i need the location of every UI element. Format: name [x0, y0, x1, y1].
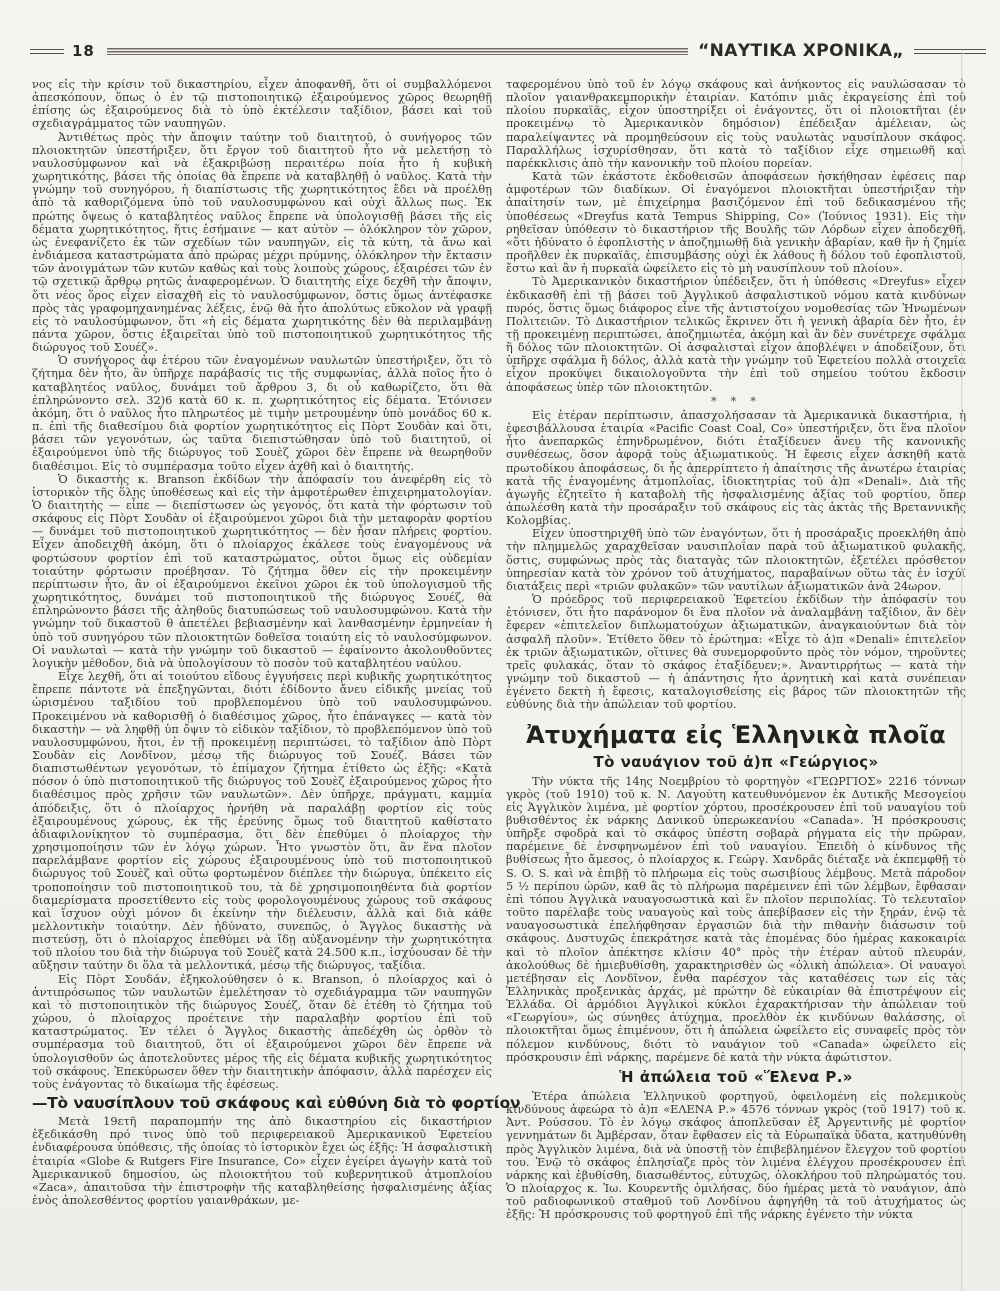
header-rule-right — [914, 49, 986, 54]
paragraph: Ἑτέρα ἀπώλεια Ἑλληνικοῦ φορτηγοῦ, ὀφειλο… — [506, 1090, 966, 1222]
paragraph: Μετὰ 19ετῆ παραπομπήν της ἀπὸ δικαστηρίο… — [32, 1115, 492, 1207]
paragraph: Εἰς ἑτέραν περίπτωσιν, ἀπασχολήσασαν τὰ … — [506, 409, 966, 527]
paragraph: Ἀντιθέτως πρὸς τὴν ἄποψιν ταύτην τοῦ δια… — [32, 131, 492, 355]
right-column: ταφερομένου ὑπὸ τοῦ ἐν λόγῳ σκάφους καὶ … — [506, 78, 966, 1222]
paragraph: Εἶχε λεχθῆ, ὅτι αἱ τοιούτου εἴδους ἐγγυή… — [32, 670, 492, 973]
paragraph: Ὁ δικαστὴς κ. Branson ἐκδίδων τὴν ἀπόφασ… — [32, 473, 492, 670]
section-heading: Ἡ ἀπώλεια τοῦ «Ἕλενα Ρ.» — [506, 1068, 966, 1087]
section-separator: * * * — [506, 395, 966, 408]
left-column: νος εἰς τὴν κρίσιν τοῦ δικαστηρίου, εἶχε… — [32, 78, 492, 1222]
paragraph: Εἶχεν ὑποστηριχθῆ ὑπὸ τῶν ἐναγόντων, ὅτι… — [506, 527, 966, 593]
article-body: νος εἰς τὴν κρίσιν τοῦ δικαστηρίου, εἶχε… — [32, 78, 966, 1222]
header-rule-left — [30, 49, 64, 54]
section-heading: Ἀτυχήματα εἰς Ἑλληνικὰ πλοῖα — [506, 721, 966, 749]
page-header: 18 “ΝΑΥΤΙΚΑ ΧΡΟΝΙΚΑ„ — [30, 40, 986, 62]
magazine-title: “ΝΑΥΤΙΚΑ ΧΡΟΝΙΚΑ„ — [698, 41, 904, 61]
paragraph: Εἰς Πὸρτ Σουδάν, ἐξηκολούθησεν ὁ κ. Bran… — [32, 973, 492, 1091]
paragraph: νος εἰς τὴν κρίσιν τοῦ δικαστηρίου, εἶχε… — [32, 78, 492, 131]
paragraph: Τὴν νύκτα τῆς 14ης Νοεμβρίου τὸ φορτηγὸν… — [506, 775, 966, 1064]
header-rule-center — [107, 48, 688, 55]
paragraph: Τὸ Ἀμερικανικὸν δικαστήριον ὑπέδειξεν, ὅ… — [506, 275, 966, 393]
section-heading: Τὸ ναυάγιον τοῦ ἀ)π «Γεώργιος» — [506, 753, 966, 772]
paragraph: ταφερομένου ὑπὸ τοῦ ἐν λόγῳ σκάφους καὶ … — [506, 78, 966, 170]
page-number: 18 — [72, 42, 95, 60]
section-heading: —Τὸ ναυσίπλουν τοῦ σκάφους καὶ εὐθύνη δι… — [32, 1093, 492, 1113]
page-edge-shadow — [961, 52, 964, 1291]
paragraph: Ὁ πρόεδρος τοῦ περιφερειακοῦ Ἐφετείου ἐκ… — [506, 593, 966, 711]
paragraph: Κατὰ τῶν ἑκάστοτε ἐκδοθεισῶν ἀποφάσεων ἠ… — [506, 170, 966, 275]
paragraph: Ὁ συνήγορος ἀφ ἑτέρου τῶν ἐναγομένων ναυ… — [32, 354, 492, 472]
